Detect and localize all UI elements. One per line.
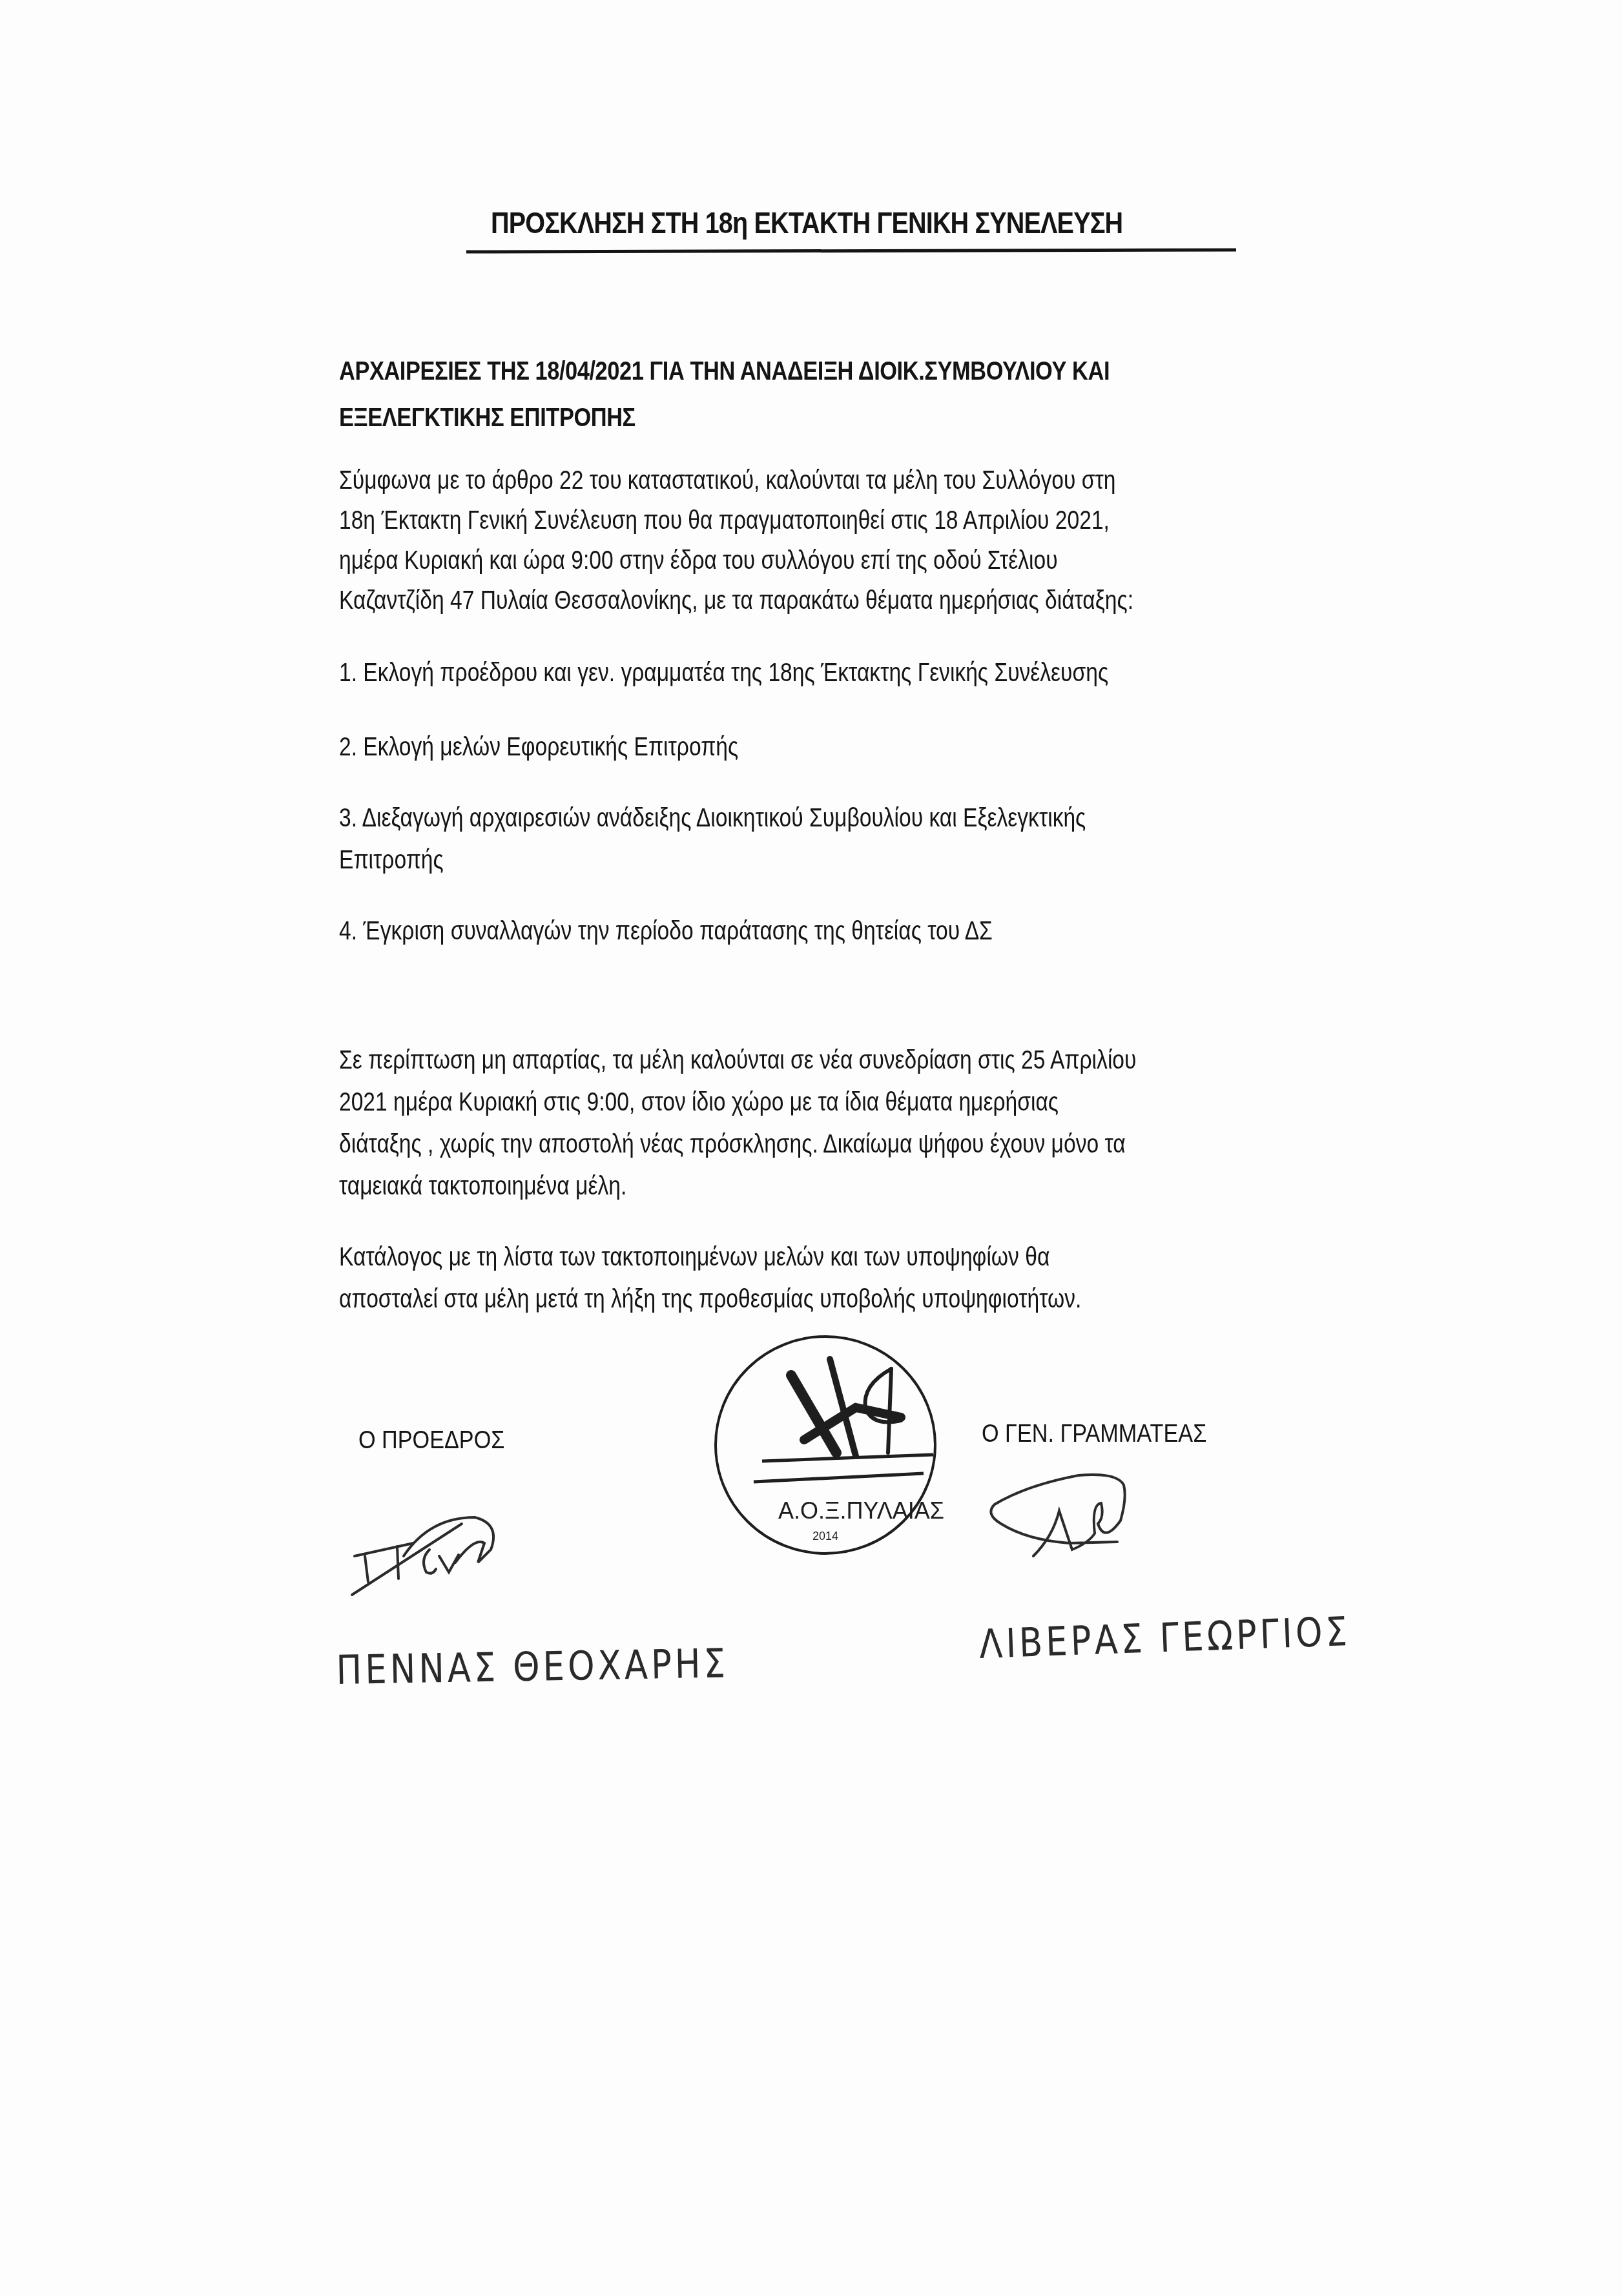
club-stamp: Α.Ο.Ξ.ΠΥΛΑΙΑΣ 2014 [707,1330,946,1563]
agenda-item-3: 3. Διεξαγωγή αρχαιρεσιών ανάδειξης Διοικ… [339,804,1086,833]
intro-line: Σύμφωνα με το άρθρο 22 του καταστατικού,… [339,466,1115,495]
president-handwritten-name: ΠΕΝΝΑΣ ΘΕΟΧΑΡΗΣ [336,1639,729,1694]
agenda-item-2: 2. Εκλογή μελών Εφορευτικής Επιτροπής [339,733,738,762]
quorum-line: Σε περίπτωση μη απαρτίας, τα μέλη καλούν… [339,1046,1136,1075]
title-underline [466,248,1236,253]
fencing-swords-icon [791,1359,901,1456]
elections-heading-line-2: ΕΞΕΛΕΓΚΤΙΚΗΣ ΕΠΙΤΡΟΠΗΣ [339,404,636,433]
catalog-line: Κατάλογος με τη λίστα των τακτοποιημένων… [339,1243,1049,1272]
agenda-item-4: 4. Έγκριση συναλλαγών την περίοδο παράτα… [339,917,993,946]
quorum-line: διάταξης , χωρίς την αποστολή νέας πρόσκ… [339,1130,1126,1159]
president-label: Ο ΠΡΟΕΔΡΟΣ [358,1427,504,1455]
stamp-year: 2014 [812,1530,838,1543]
document-page: ΠΡΟΣΚΛΗΣΗ ΣΤΗ 18η ΕΚΤΑΚΤΗ ΓΕΝΙΚΗ ΣΥΝΕΛΕΥ… [0,0,1623,2296]
agenda-item-1: 1. Εκλογή προέδρου και γεν. γραμματέα τη… [339,659,1108,688]
intro-line: Καζαντζίδη 47 Πυλαία Θεσσαλονίκης, με τα… [339,586,1133,615]
intro-line: ημέρα Κυριακή και ώρα 9:00 στην έδρα του… [339,546,1058,575]
catalog-line: αποσταλεί στα μέλη μετά τη λήξη της προθ… [339,1285,1081,1314]
document-title: ΠΡΟΣΚΛΗΣΗ ΣΤΗ 18η ΕΚΤΑΚΤΗ ΓΕΝΙΚΗ ΣΥΝΕΛΕΥ… [491,205,1122,240]
president-signature-icon [346,1498,513,1608]
elections-heading-line-1: ΑΡΧΑΙΡΕΣΙΕΣ ΤΗΣ 18/04/2021 ΓΙΑ ΤΗΝ ΑΝΑΔΕ… [339,357,1110,386]
intro-line: 18η Έκτακτη Γενική Συνέλευση που θα πραγ… [339,506,1110,535]
secretary-signature-icon [975,1459,1137,1563]
agenda-item-3-cont: Επιτροπής [339,846,444,875]
secretary-label: Ο ΓΕΝ. ΓΡΑΜΜΑΤΕΑΣ [982,1420,1206,1448]
quorum-line: ταμειακά τακτοποιημένα μέλη. [339,1172,626,1201]
stamp-organization: Α.Ο.Ξ.ΠΥΛΑΙΑΣ [778,1497,944,1524]
secretary-handwritten-name: ΛΙΒΕΡΑΣ ΓΕΩΡΓΙΟΣ [978,1608,1351,1668]
quorum-line: 2021 ημέρα Κυριακή στις 9:00, στον ίδιο … [339,1088,1059,1117]
